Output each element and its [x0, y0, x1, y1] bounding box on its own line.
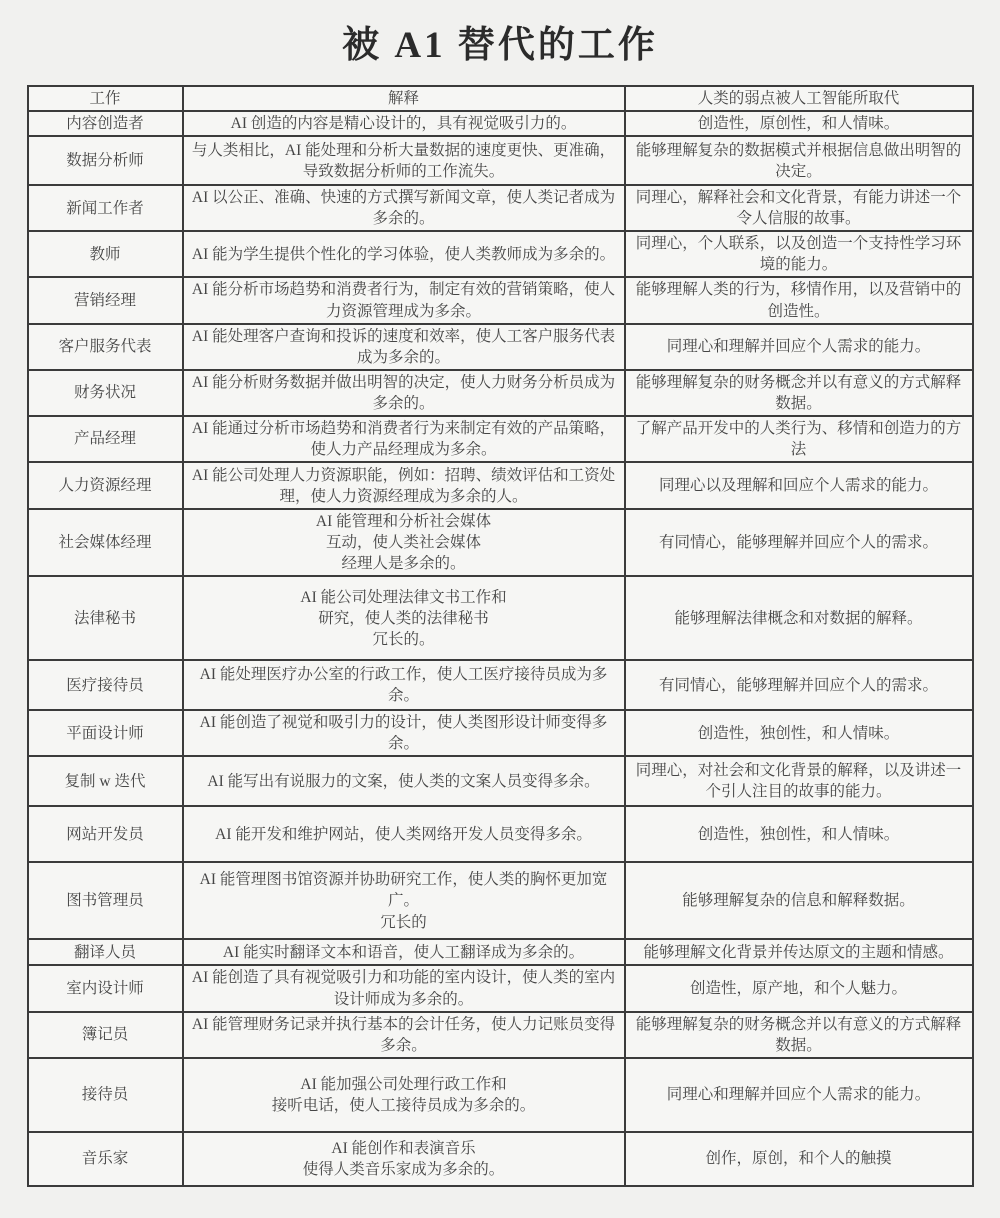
explanation-cell: AI 能开发和维护网站，使人类网络开发人员变得多余。: [183, 806, 625, 862]
weakness-cell: 同理心和理解并回应个人需求的能力。: [625, 1058, 973, 1132]
job-cell: 复制 w 迭代: [28, 756, 183, 806]
table-row: 翻译人员AI 能实时翻译文本和语音，使人工翻译成为多余的。能够理解文化背景并传达…: [28, 939, 973, 965]
weakness-cell: 同理心以及理解和回应个人需求的能力。: [625, 462, 973, 509]
weakness-cell: 同理心和理解并回应个人需求的能力。: [625, 324, 973, 370]
table-row: 簿记员AI 能管理财务记录并执行基本的会计任务，使人力记账员变得多余。能够理解复…: [28, 1012, 973, 1058]
table-row: 新闻工作者AI 以公正、准确、快速的方式撰写新闻文章，使人类记者成为多余的。同理…: [28, 185, 973, 231]
weakness-cell: 能够理解人类的行为，移情作用，以及营销中的创造性。: [625, 277, 973, 323]
job-cell: 簿记员: [28, 1012, 183, 1058]
explanation-cell: AI 能处理医疗办公室的行政工作，使人工医疗接待员成为多余。: [183, 660, 625, 710]
explanation-cell: AI 能写出有说服力的文案，使人类的文案人员变得多余。: [183, 756, 625, 806]
table-row: 数据分析师与人类相比，AI 能处理和分析大量数据的速度更快、更准确，导致数据分析…: [28, 136, 973, 185]
table-row: 内容创造者AI 创造的内容是精心设计的，具有视觉吸引力的。创造性，原创性，和人情…: [28, 111, 973, 136]
explanation-cell: AI 能管理财务记录并执行基本的会计任务，使人力记账员变得多余。: [183, 1012, 625, 1058]
job-cell: 音乐家: [28, 1132, 183, 1186]
job-cell: 内容创造者: [28, 111, 183, 136]
weakness-cell: 能够理解复杂的信息和解释数据。: [625, 862, 973, 939]
table-row: 教师AI 能为学生提供个性化的学习体验，使人类教师成为多余的。同理心，个人联系，…: [28, 231, 973, 277]
explanation-cell: AI 能为学生提供个性化的学习体验，使人类教师成为多余的。: [183, 231, 625, 277]
explanation-cell: 与人类相比，AI 能处理和分析大量数据的速度更快、更准确，导致数据分析师的工作流…: [183, 136, 625, 185]
job-cell: 数据分析师: [28, 136, 183, 185]
table-row: 平面设计师AI 能创造了视觉和吸引力的设计，使人类图形设计师变得多余。创造性，独…: [28, 710, 973, 756]
job-cell: 翻译人员: [28, 939, 183, 965]
weakness-cell: 能够理解复杂的财务概念并以有意义的方式解释数据。: [625, 1012, 973, 1058]
table-body: 内容创造者AI 创造的内容是精心设计的，具有视觉吸引力的。创造性，原创性，和人情…: [28, 111, 973, 1186]
explanation-cell: AI 能管理图书馆资源并协助研究工作，使人类的胸怀更加宽广。 冗长的: [183, 862, 625, 939]
column-header-job: 工作: [28, 86, 183, 111]
job-cell: 室内设计师: [28, 965, 183, 1011]
job-cell: 平面设计师: [28, 710, 183, 756]
column-header-explanation: 解释: [183, 86, 625, 111]
job-cell: 财务状况: [28, 370, 183, 416]
job-cell: 图书管理员: [28, 862, 183, 939]
weakness-cell: 有同情心，能够理解并回应个人的需求。: [625, 660, 973, 710]
table-row: 复制 w 迭代AI 能写出有说服力的文案，使人类的文案人员变得多余。同理心，对社…: [28, 756, 973, 806]
job-cell: 社会媒体经理: [28, 509, 183, 576]
explanation-cell: AI 能公司处理人力资源职能，例如：招聘、绩效评估和工资处理，使人力资源经理成为…: [183, 462, 625, 509]
table-row: 图书管理员AI 能管理图书馆资源并协助研究工作，使人类的胸怀更加宽广。 冗长的能…: [28, 862, 973, 939]
job-cell: 新闻工作者: [28, 185, 183, 231]
explanation-cell: AI 能创作和表演音乐 使得人类音乐家成为多余的。: [183, 1132, 625, 1186]
column-header-weakness: 人类的弱点被人工智能所取代: [625, 86, 973, 111]
weakness-cell: 了解产品开发中的人类行为、移情和创造力的方法: [625, 416, 973, 462]
weakness-cell: 创作，原创，和个人的触摸: [625, 1132, 973, 1186]
explanation-cell: AI 能创造了具有视觉吸引力和功能的室内设计，使人类的室内设计师成为多余的。: [183, 965, 625, 1011]
job-cell: 营销经理: [28, 277, 183, 323]
table-row: 网站开发员AI 能开发和维护网站，使人类网络开发人员变得多余。创造性，独创性，和…: [28, 806, 973, 862]
table-row: 产品经理AI 能通过分析市场趋势和消费者行为来制定有效的产品策略，使人力产品经理…: [28, 416, 973, 462]
job-cell: 人力资源经理: [28, 462, 183, 509]
weakness-cell: 创造性，原产地，和个人魅力。: [625, 965, 973, 1011]
explanation-cell: AI 能创造了视觉和吸引力的设计，使人类图形设计师变得多余。: [183, 710, 625, 756]
explanation-cell: AI 能通过分析市场趋势和消费者行为来制定有效的产品策略，使人力产品经理成为多余…: [183, 416, 625, 462]
table-row: 客户服务代表AI 能处理客户查询和投诉的速度和效率，使人工客户服务代表成为多余的…: [28, 324, 973, 370]
table-header-row: 工作 解释 人类的弱点被人工智能所取代: [28, 86, 973, 111]
table-row: 接待员AI 能加强公司处理行政工作和 接听电话，使人工接待员成为多余的。同理心和…: [28, 1058, 973, 1132]
page-title: 被 A1 替代的工作: [0, 0, 1000, 68]
table-row: 音乐家AI 能创作和表演音乐 使得人类音乐家成为多余的。创作，原创，和个人的触摸: [28, 1132, 973, 1186]
weakness-cell: 有同情心，能够理解并回应个人的需求。: [625, 509, 973, 576]
explanation-cell: AI 能处理客户查询和投诉的速度和效率，使人工客户服务代表成为多余的。: [183, 324, 625, 370]
table-row: 营销经理AI 能分析市场趋势和消费者行为，制定有效的营销策略，使人力资源管理成为…: [28, 277, 973, 323]
weakness-cell: 能够理解法律概念和对数据的解释。: [625, 576, 973, 660]
job-cell: 网站开发员: [28, 806, 183, 862]
table-row: 财务状况AI 能分析财务数据并做出明智的决定，使人力财务分析员成为多余的。能够理…: [28, 370, 973, 416]
explanation-cell: AI 能管理和分析社会媒体 互动，使人类社会媒体 经理人是多余的。: [183, 509, 625, 576]
weakness-cell: 同理心，解释社会和文化背景，有能力讲述一个令人信服的故事。: [625, 185, 973, 231]
job-cell: 医疗接待员: [28, 660, 183, 710]
table-row: 人力资源经理AI 能公司处理人力资源职能，例如：招聘、绩效评估和工资处理，使人力…: [28, 462, 973, 509]
table-row: 社会媒体经理AI 能管理和分析社会媒体 互动，使人类社会媒体 经理人是多余的。有…: [28, 509, 973, 576]
weakness-cell: 同理心，个人联系，以及创造一个支持性学习环境的能力。: [625, 231, 973, 277]
job-cell: 产品经理: [28, 416, 183, 462]
weakness-cell: 能够理解文化背景并传达原文的主题和情感。: [625, 939, 973, 965]
weakness-cell: 创造性，独创性，和人情味。: [625, 806, 973, 862]
weakness-cell: 能够理解复杂的财务概念并以有意义的方式解释数据。: [625, 370, 973, 416]
table-row: 医疗接待员AI 能处理医疗办公室的行政工作，使人工医疗接待员成为多余。有同情心，…: [28, 660, 973, 710]
weakness-cell: 同理心，对社会和文化背景的解释，以及讲述一个引人注目的故事的能力。: [625, 756, 973, 806]
explanation-cell: AI 创造的内容是精心设计的，具有视觉吸引力的。: [183, 111, 625, 136]
explanation-cell: AI 能分析财务数据并做出明智的决定，使人力财务分析员成为多余的。: [183, 370, 625, 416]
job-cell: 接待员: [28, 1058, 183, 1132]
weakness-cell: 创造性，原创性，和人情味。: [625, 111, 973, 136]
weakness-cell: 创造性，独创性，和人情味。: [625, 710, 973, 756]
explanation-cell: AI 能公司处理法律文书工作和 研究，使人类的法律秘书 冗长的。: [183, 576, 625, 660]
table-row: 室内设计师AI 能创造了具有视觉吸引力和功能的室内设计，使人类的室内设计师成为多…: [28, 965, 973, 1011]
table-row: 法律秘书AI 能公司处理法律文书工作和 研究，使人类的法律秘书 冗长的。能够理解…: [28, 576, 973, 660]
jobs-table: 工作 解释 人类的弱点被人工智能所取代 内容创造者AI 创造的内容是精心设计的，…: [27, 85, 974, 1187]
weakness-cell: 能够理解复杂的数据模式并根据信息做出明智的决定。: [625, 136, 973, 185]
job-cell: 法律秘书: [28, 576, 183, 660]
explanation-cell: AI 能分析市场趋势和消费者行为，制定有效的营销策略，使人力资源管理成为多余。: [183, 277, 625, 323]
job-cell: 客户服务代表: [28, 324, 183, 370]
explanation-cell: AI 能加强公司处理行政工作和 接听电话，使人工接待员成为多余的。: [183, 1058, 625, 1132]
explanation-cell: AI 能实时翻译文本和语音，使人工翻译成为多余的。: [183, 939, 625, 965]
document-page: 被 A1 替代的工作 工作 解释 人类的弱点被人工智能所取代 内容创造者AI 创…: [0, 0, 1000, 1218]
explanation-cell: AI 以公正、准确、快速的方式撰写新闻文章，使人类记者成为多余的。: [183, 185, 625, 231]
job-cell: 教师: [28, 231, 183, 277]
